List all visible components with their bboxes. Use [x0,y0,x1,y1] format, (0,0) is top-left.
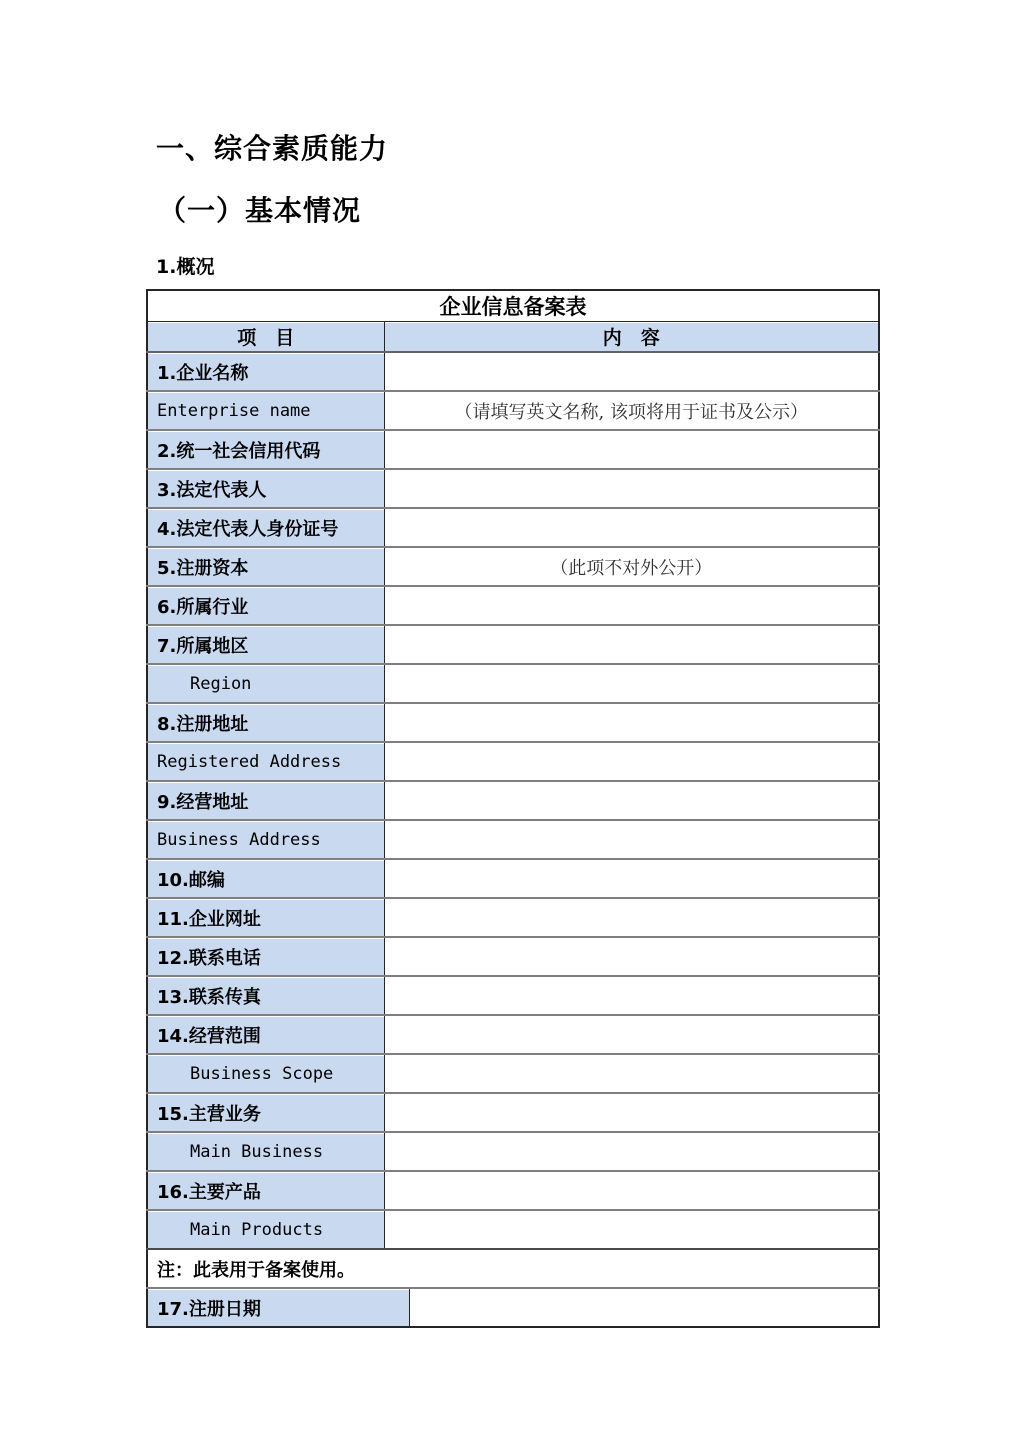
row-label: 11.企业网址 [147,898,384,937]
row-value[interactable] [384,976,879,1015]
row-value[interactable] [409,1288,879,1327]
table-row: 4.法定代表人身份证号 [147,508,879,547]
table-row: Main Products [147,1210,879,1249]
row-value[interactable] [384,1015,879,1054]
row-value[interactable] [384,859,879,898]
row-value[interactable] [384,703,879,742]
table-row: 5.注册资本 （此项不对外公开） [147,547,879,586]
row-value[interactable] [384,586,879,625]
row-value[interactable] [384,820,879,859]
table-row: Business Scope [147,1054,879,1093]
row-label: Main Business [147,1132,384,1171]
row-value[interactable]: （此项不对外公开） [384,547,879,586]
table-title: 企业信息备案表 [147,290,879,322]
row-label: 1.企业名称 [147,352,384,391]
document-page: 一、综合素质能力 （一）基本情况 1.概况 企业信息备案表 项 目 内 容 1.… [0,133,1024,1328]
section-heading: 一、综合素质能力 [156,133,1024,165]
column-header-item: 项 目 [147,322,384,353]
table-row: 3.法定代表人 [147,469,879,508]
row-value[interactable] [384,1171,879,1210]
row-value[interactable] [384,508,879,547]
row-value[interactable]: （请填写英文名称, 该项将用于证书及公示） [384,391,879,430]
table-row: 17.注册日期 [147,1288,879,1327]
table-row: Main Business [147,1132,879,1171]
row-value[interactable] [384,898,879,937]
table-row: Registered Address [147,742,879,781]
table-row: 8.注册地址 [147,703,879,742]
column-header-content: 内 容 [384,322,879,353]
table-row: 2.统一社会信用代码 [147,430,879,469]
table-row: 9.经营地址 [147,781,879,820]
table-note-row: 注：此表用于备案使用。 [147,1249,879,1288]
row-label: 17.注册日期 [147,1288,409,1327]
table-row: 12.联系电话 [147,937,879,976]
row-value[interactable] [384,430,879,469]
table-note: 注：此表用于备案使用。 [147,1249,879,1288]
table-row: 6.所属行业 [147,586,879,625]
table-row: Enterprise name （请填写英文名称, 该项将用于证书及公示） [147,391,879,430]
row-label: 8.注册地址 [147,703,384,742]
row-label: Region [147,664,384,703]
table-title-row: 企业信息备案表 [147,290,879,322]
row-label: Enterprise name [147,391,384,430]
table-row: Business Address [147,820,879,859]
table-row: 14.经营范围 [147,1015,879,1054]
row-label: 16.主要产品 [147,1171,384,1210]
row-label: 5.注册资本 [147,547,384,586]
row-value[interactable] [384,937,879,976]
row-label: 14.经营范围 [147,1015,384,1054]
table-row: Region [147,664,879,703]
row-value[interactable] [384,1132,879,1171]
row-label: 4.法定代表人身份证号 [147,508,384,547]
table-row: 16.主要产品 [147,1171,879,1210]
row-value[interactable] [384,781,879,820]
table-row: 15.主营业务 [147,1093,879,1132]
table-row: 10.邮编 [147,859,879,898]
subsection-heading: （一）基本情况 [158,195,1024,227]
row-label: Business Address [147,820,384,859]
row-label: 2.统一社会信用代码 [147,430,384,469]
row-value[interactable] [384,352,879,391]
table-row: 7.所属地区 [147,625,879,664]
row-value[interactable] [384,664,879,703]
row-label: Main Products [147,1210,384,1249]
row-label: Business Scope [147,1054,384,1093]
list-item-heading: 1.概况 [156,257,1024,279]
row-label: 10.邮编 [147,859,384,898]
row-value[interactable] [384,1093,879,1132]
row-label: 3.法定代表人 [147,469,384,508]
row-value[interactable] [384,469,879,508]
row-label: 6.所属行业 [147,586,384,625]
row-value[interactable] [384,1210,879,1249]
table-row: 13.联系传真 [147,976,879,1015]
row-value[interactable] [384,1054,879,1093]
table-header-row: 项 目 内 容 [147,322,879,353]
table-row: 11.企业网址 [147,898,879,937]
row-label: 13.联系传真 [147,976,384,1015]
row-label: 12.联系电话 [147,937,384,976]
enterprise-info-table: 企业信息备案表 项 目 内 容 1.企业名称 Enterprise name （… [146,289,880,1328]
row-value[interactable] [384,625,879,664]
row-label: 15.主营业务 [147,1093,384,1132]
row-value[interactable] [384,742,879,781]
row-label: 9.经营地址 [147,781,384,820]
row-label: Registered Address [147,742,384,781]
row-label: 7.所属地区 [147,625,384,664]
table-row: 1.企业名称 [147,352,879,391]
